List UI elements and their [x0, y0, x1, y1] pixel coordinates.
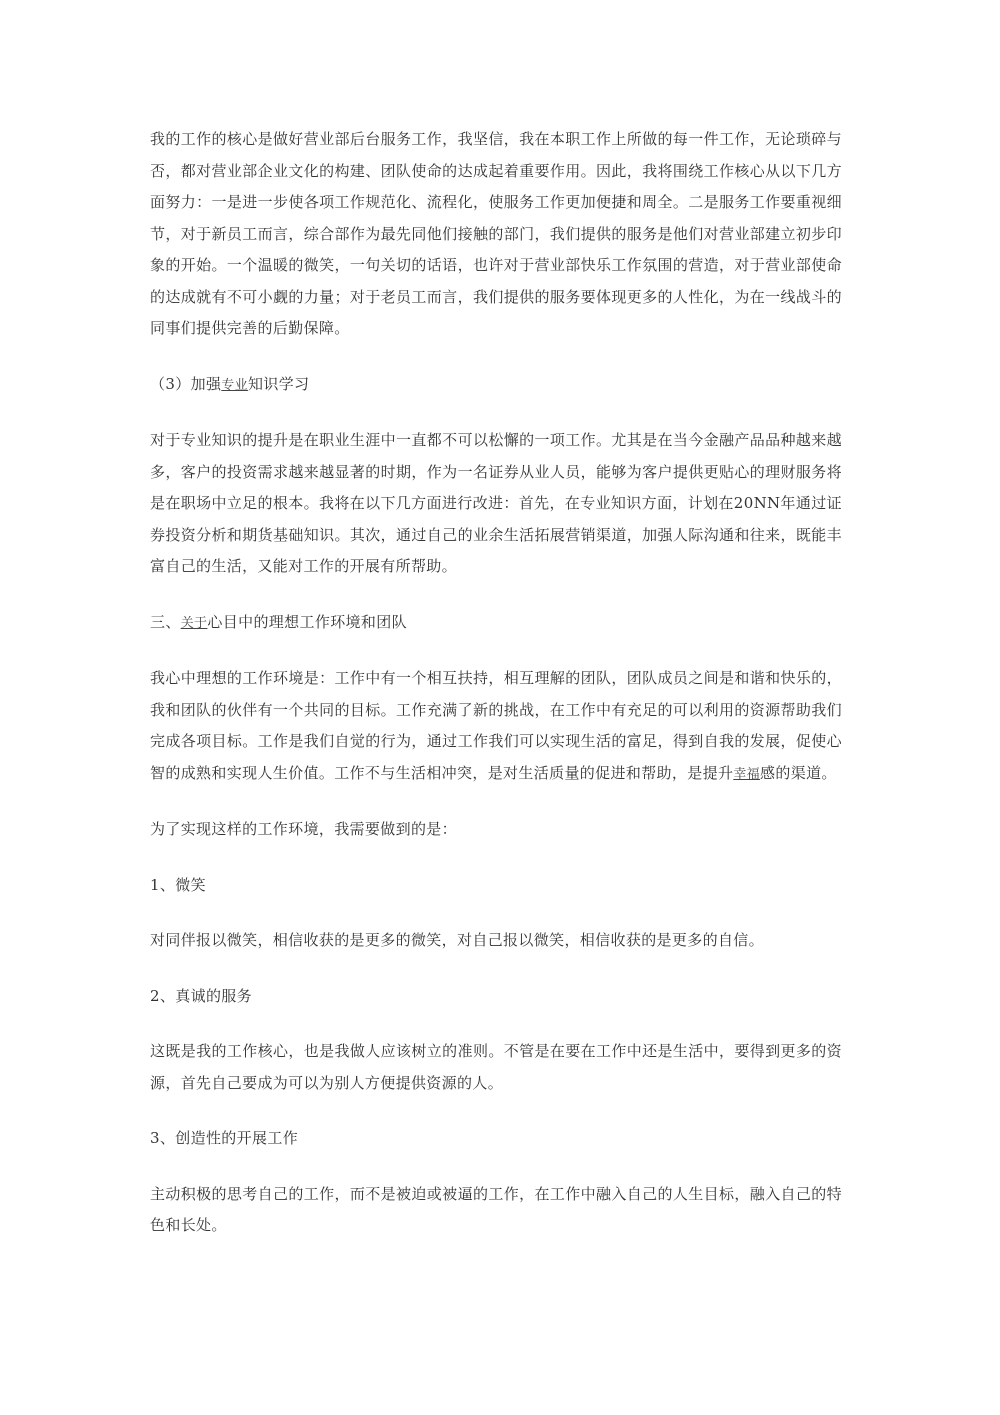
- heading-suffix: 知识学习: [248, 375, 309, 393]
- heading-suffix: 心目中的理想工作环境和团队: [207, 613, 407, 631]
- link-about[interactable]: 关于: [181, 616, 208, 631]
- paragraph-professional-knowledge: 对于专业知识的提升是在职业生涯中一直都不可以松懈的一项工作。尤其是在当今金融产品…: [150, 425, 842, 583]
- heading-sincere-service: 2、真诚的服务: [150, 981, 842, 1013]
- heading-prefix: 三、: [150, 613, 181, 631]
- paragraph-to-achieve: 为了实现这样的工作环境，我需要做到的是：: [150, 814, 842, 846]
- document-page: 我的工作的核心是做好营业部后台服务工作，我坚信，我在本职工作上所做的每一件工作，…: [150, 124, 842, 1242]
- paragraph-service-core: 我的工作的核心是做好营业部后台服务工作，我坚信，我在本职工作上所做的每一件工作，…: [150, 124, 842, 345]
- paragraph-smile: 对同伴报以微笑，相信收获的是更多的微笑，对自己报以微笑，相信收获的是更多的自信。: [150, 925, 842, 957]
- heading-smile: 1、微笑: [150, 870, 842, 902]
- paragraph-sincere-service: 这既是我的工作核心，也是我做人应该树立的准则。不管是在要在工作中还是生活中，要得…: [150, 1036, 842, 1099]
- paragraph-creative-work: 主动积极的思考自己的工作，而不是被迫或被逼的工作，在工作中融入自己的人生目标，融…: [150, 1179, 842, 1242]
- heading-professional-learning: （3）加强专业知识学习: [150, 369, 842, 402]
- heading-creative-work: 3、创造性的开展工作: [150, 1123, 842, 1155]
- link-happiness[interactable]: 幸福: [733, 767, 760, 782]
- paragraph-ideal-environment: 我心中理想的工作环境是：工作中有一个相互扶持，相互理解的团队，团队成员之间是和谐…: [150, 663, 842, 790]
- link-professional[interactable]: 专业: [221, 378, 248, 393]
- paragraph-suffix: 感的渠道。: [760, 764, 837, 782]
- heading-prefix: （3）加强: [150, 375, 221, 393]
- heading-ideal-environment: 三、关于心目中的理想工作环境和团队: [150, 607, 842, 640]
- paragraph-prefix: 我心中理想的工作环境是：工作中有一个相互扶持，相互理解的团队，团队成员之间是和谐…: [150, 669, 842, 782]
